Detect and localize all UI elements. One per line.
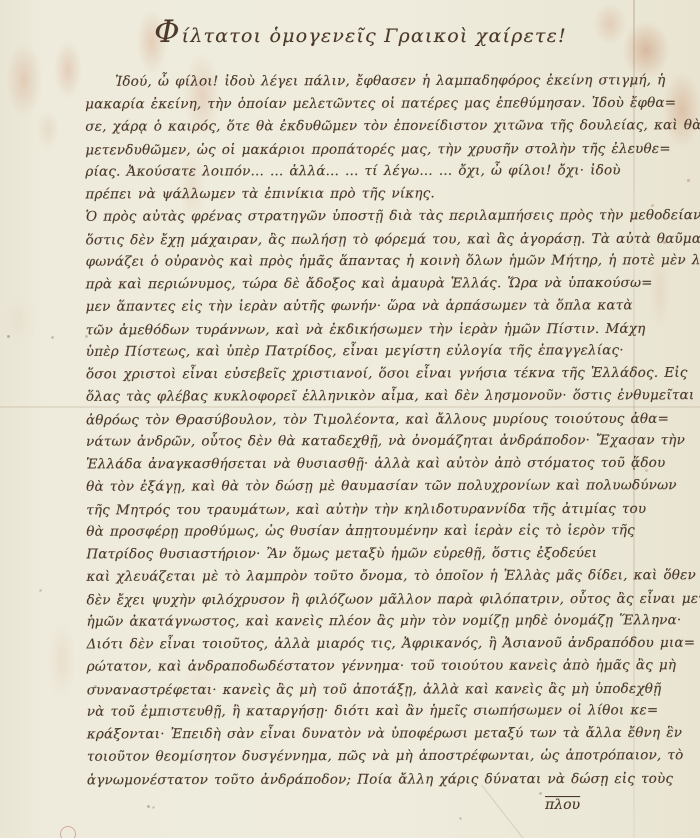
manuscript-line: νάτων ἀνδρῶν, οὗτος δὲν θὰ καταδεχθῇ, νὰ… (86, 429, 646, 453)
manuscript-line: νὰ τοῦ ἐμπιστευθῇ, ἢ καταργήσῃ· διότι κα… (87, 699, 647, 723)
manuscript-line: μετενδυθῶμεν, ὡς οἱ μακάριοι προπάτορές … (85, 137, 645, 161)
manuscript-line: ὅλας τὰς φλέβας κυκλοφορεῖ ἑλληνικὸν αἷμ… (86, 384, 646, 408)
manuscript-page: Φίλτατοι ὁμογενεῖς Γραικοὶ χαίρετε! Ἰδού… (0, 0, 700, 838)
manuscript-line: Διότι δὲν εἶναι τοιοῦτος, ἀλλὰ μιαρός τι… (87, 631, 647, 655)
manuscript-line: μεν ἅπαντες εἰς τὴν ἱερὰν αὐτῆς φωνήν· ὥ… (86, 294, 646, 318)
fold-crease-diagonal (481, 785, 525, 838)
manuscript-line: ὅσοι χριστοὶ εἶναι εὐσεβεῖς χριστιανοί, … (86, 361, 646, 385)
manuscript-line: τῆς Μητρός του τραυμάτων, καὶ αὐτὴν τὴν … (86, 497, 646, 521)
manuscript-line: θὰ τὸν ἐξάγῃ, καὶ θὰ τὸν δώσῃ μὲ θαυμασί… (86, 474, 646, 498)
ink-ring-mark (60, 826, 76, 838)
manuscript-line: Ὁ πρὸς αὐτὰς φρένας στρατηγῶν ὑποστῇ διὰ… (85, 204, 645, 228)
manuscript-line: ρώτατον, καὶ ἀνδραποδωδέστατον γέννημα· … (87, 654, 647, 678)
manuscript-line: ὅστις δὲν ἔχῃ μάχαιραν, ἂς πωλήσῃ τὸ φόρ… (85, 227, 645, 251)
catchword: πλου (545, 797, 580, 813)
manuscript-line: ρίας. Ἀκούσατε λοιπόν... ... ἀλλά... ...… (85, 159, 645, 183)
manuscript-line: Ἑλλάδα ἀναγκασθήσεται νὰ θυσιασθῇ· ἀλλὰ … (86, 451, 646, 475)
manuscript-line: κράξονται· Ἐπειδὴ σὰν εἶναι δυνατὸν νὰ ὑ… (87, 721, 647, 745)
letter-body: Ἰδού, ὦ φίλοι! ἰδοὺ λέγει πάλιν, ἔφθασεν… (85, 69, 647, 790)
manuscript-line: πρὰ καὶ περιώνυμος, τώρα δὲ ἄδοξος καὶ ἀ… (86, 271, 646, 295)
letter-title: Φίλτατοι ὁμογενεῖς Γραικοὶ χαίρετε! (88, 14, 633, 50)
manuscript-line: συναναστρέφεται· κανεὶς ἂς μὴ τοῦ ἀποτάξ… (87, 677, 647, 701)
manuscript-line: θὰ προσφέρῃ προθύμως, ὡς θυσίαν ἀπῃτουμέ… (86, 519, 646, 543)
manuscript-line: φωνάζει ὁ οὐρανὸς καὶ πρὸς ἡμᾶς ἅπαντας … (86, 249, 646, 273)
manuscript-line: Πατρίδος θυσιαστήριον· Ἂν ὅμως μεταξὺ ἡμ… (86, 541, 646, 565)
manuscript-line: δὲν ἔχει ψυχὴν φιλόχρυσον ἢ φιλόζωον μᾶλ… (86, 587, 646, 611)
ink-specks (0, 0, 1, 1)
manuscript-line: σε, χάρᾳ ὁ καιρός, ὅτε θὰ ἐκδυθῶμεν τὸν … (85, 114, 645, 138)
manuscript-line: ἀθρόως τὸν Θρασύβουλον, τὸν Τιμολέοντα, … (86, 407, 646, 431)
manuscript-line: πρέπει νὰ ψάλλωμεν τὰ ἐπινίκια πρὸ τῆς ν… (85, 181, 645, 205)
manuscript-line: ὑπὲρ Πίστεως, καὶ ὑπὲρ Πατρίδος, εἶναι μ… (86, 339, 646, 363)
manuscript-line: τοιοῦτον θεομίσητον δυσγέννημα, πῶς νὰ μ… (87, 744, 647, 768)
manuscript-line: Ἰδού, ὦ φίλοι! ἰδοὺ λέγει πάλιν, ἔφθασεν… (85, 69, 645, 93)
manuscript-line: τῶν ἀμεθόδων τυράννων, καὶ νὰ ἐκδικήσωμε… (86, 317, 646, 341)
manuscript-line: ἀγνωμονέστατον τοῦτο ἀνδράποδον; Ποία ἄλ… (87, 767, 647, 791)
manuscript-line: μακαρία ἐκείνη, τὴν ὁποίαν μελετῶντες οἱ… (85, 91, 645, 115)
manuscript-line: καὶ χλευάζεται μὲ τὸ λαμπρὸν τοῦτο ὄνομα… (86, 564, 646, 588)
manuscript-line: ἡμῶν ἀκατάγνωστος, καὶ κανεὶς πλέον ἂς μ… (86, 609, 646, 633)
